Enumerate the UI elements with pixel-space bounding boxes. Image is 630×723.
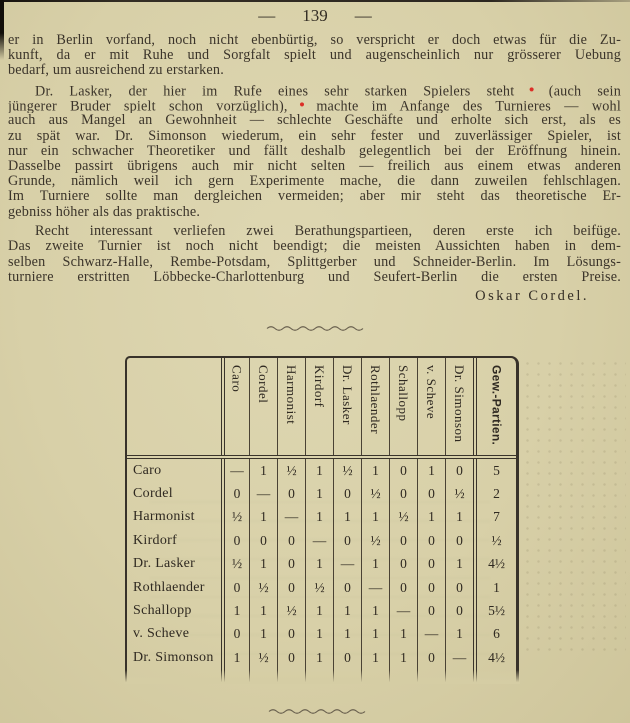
table-row: Kirdorf 000—0½000 ½ (127, 529, 516, 552)
result-cell: 1 (445, 506, 473, 529)
column-header-cell: v. Scheve (417, 358, 445, 455)
result-cell: ½ (361, 529, 389, 552)
score-cell: 5½ (473, 599, 516, 622)
text-line: kunft, da er mit Ruhe und Sorgfalt spiel… (8, 48, 621, 63)
text-line: Grunde, nämlich weil ich gern Experiment… (8, 174, 621, 189)
column-header-cell: Cordel (249, 358, 277, 455)
score-column-label: Gew.-Partien. (491, 365, 503, 445)
paragraph-1: er in Berlin vorfand, noch nicht ebenbür… (8, 33, 621, 79)
crosstable-body: Caro —1½1½1010 5 Cordel 0—010½00½ 2 Harm… (127, 459, 516, 670)
result-cell: ½ (249, 646, 277, 669)
result-cell: 1 (445, 623, 473, 646)
player-name-cell: Schallopp (127, 599, 221, 622)
result-cells: 000—0½000 (221, 529, 473, 552)
line-text: nur ein schwacher Theoretiker und fällt … (8, 144, 621, 159)
table-row: Dr. Simonson 1½010110— 4½ (127, 646, 516, 669)
result-cell: 1 (221, 599, 249, 622)
player-column-label: Harmonist (285, 365, 298, 424)
player-name-cell: Dr. Lasker (127, 553, 221, 576)
page-header: —139— (0, 6, 630, 26)
result-cell: 1 (389, 646, 417, 669)
stub-cell (389, 670, 417, 683)
score-cell: 7 (473, 506, 516, 529)
text-line: Das zweite Turnier ist noch nicht beendi… (8, 239, 621, 254)
stub-cell (361, 670, 389, 683)
text-line: Dasselbe passirt übrigens auch mir nicht… (8, 159, 621, 174)
player-name-cell: Cordel (127, 482, 221, 505)
text-line: nur ein schwacher Theoretiker und fällt … (8, 144, 621, 159)
player-name-cell: Rothlaender (127, 576, 221, 599)
player-column-label: Rothlaender (369, 365, 382, 434)
player-column-label: Kirdorf (313, 365, 326, 408)
result-cell: 1 (417, 506, 445, 529)
author-signature: Oskar Cordel. (8, 289, 621, 304)
column-header-cell: Rothlaender (361, 358, 389, 455)
paragraph-2: Dr. Lasker, der hier im Rufe eines sehr … (8, 83, 621, 220)
player-column-label: v. Scheve (425, 365, 438, 419)
score-cell: 4½ (473, 646, 516, 669)
result-cell: ½ (389, 506, 417, 529)
result-cell: ½ (333, 459, 361, 482)
result-cell: 0 (277, 576, 305, 599)
score-cell: 4½ (473, 553, 516, 576)
wavy-divider-icon (266, 319, 364, 337)
result-cell: 1 (249, 599, 277, 622)
result-cell: 0 (389, 529, 417, 552)
result-cell: 0 (333, 576, 361, 599)
result-cell: 0 (277, 646, 305, 669)
result-cell: 1 (361, 553, 389, 576)
text-line: Im Turniere sollte man dergleichen verme… (8, 189, 621, 204)
table-row: Harmonist ½1—111½11 7 (127, 506, 516, 529)
result-cell: ½ (249, 576, 277, 599)
line-text: Dr. Lasker, der hier im Rufe eines sehr … (35, 84, 514, 99)
result-cell: — (305, 529, 333, 552)
result-cell: 1 (333, 506, 361, 529)
stub-cell (417, 670, 445, 683)
result-cell: 0 (221, 482, 249, 505)
result-cells: ½101—1001 (221, 553, 473, 576)
stub-cells (221, 670, 473, 683)
result-cell: ½ (277, 599, 305, 622)
result-cell: 0 (277, 553, 305, 576)
result-cell: ½ (221, 506, 249, 529)
header-dash-left: — (258, 6, 275, 26)
result-cells: 0½0½0—000 (221, 576, 473, 599)
line-text: Dasselbe passirt übrigens auch mir nicht… (8, 159, 621, 174)
article-text: er in Berlin vorfand, noch nicht ebenbür… (8, 33, 621, 304)
result-cell: 1 (361, 506, 389, 529)
player-column-label: Dr. Simonson (453, 365, 466, 443)
result-cell: 1 (417, 459, 445, 482)
result-cell: 0 (277, 529, 305, 552)
text-line: zu spät war. Dr. Simonson wiederum, ein … (8, 129, 621, 144)
player-column-label: Caro (231, 365, 244, 392)
result-cell: 1 (305, 482, 333, 505)
result-cell: 1 (333, 599, 361, 622)
player-name-cell: Harmonist (127, 506, 221, 529)
result-cell: 0 (417, 599, 445, 622)
result-cells: 11½111—00 (221, 599, 473, 622)
result-cell: 0 (277, 482, 305, 505)
column-header-cell: Caro (221, 358, 249, 455)
result-cell: 1 (305, 599, 333, 622)
stub-cell (473, 670, 516, 683)
result-cell: 1 (361, 623, 389, 646)
stub-cell (277, 670, 305, 683)
result-cells: 0101111—1 (221, 623, 473, 646)
line-text: Das zweite Turnier ist noch nicht beendi… (8, 239, 621, 254)
page-number: 139 (302, 6, 328, 26)
text-line: auch aus Mangel an Gewohnheit — schlecht… (8, 113, 621, 128)
stub-cell (445, 670, 473, 683)
line-text: machte im Anfange des Turnieres — wohl (316, 99, 621, 114)
result-cells: —1½1½1010 (221, 459, 473, 482)
result-cell: 0 (333, 482, 361, 505)
player-column-label: Cordel (257, 365, 270, 403)
result-cell: 0 (445, 529, 473, 552)
crosstable-header-row: CaroCordelHarmonistKirdorfDr. LaskerRoth… (127, 358, 516, 459)
result-cell: — (221, 459, 249, 482)
result-cell: 1 (305, 646, 333, 669)
result-cell: 1 (221, 646, 249, 669)
line-text: kunft, da er mit Ruhe und Sorgfalt spiel… (8, 48, 621, 63)
halftone-bleedthrough (522, 358, 626, 658)
table-row: Caro —1½1½1010 5 (127, 459, 516, 482)
result-cell: 1 (389, 623, 417, 646)
result-cell: — (277, 506, 305, 529)
scan-top-edge (0, 0, 630, 2)
result-cell: — (333, 553, 361, 576)
column-header-cell: Dr. Lasker (333, 358, 361, 455)
line-text: jüngerer Bruder spielt schon vorzüglich)… (8, 99, 288, 114)
line-text: bedarf, um ausreichend zu erstarken. (8, 63, 224, 78)
result-cell: 1 (305, 553, 333, 576)
result-cell: 0 (277, 623, 305, 646)
result-cell: 1 (249, 553, 277, 576)
column-header-cell: Harmonist (277, 358, 305, 455)
result-cell: 1 (361, 599, 389, 622)
result-cell: — (445, 646, 473, 669)
column-header-cell: Kirdorf (305, 358, 333, 455)
tournament-crosstable: CaroCordelHarmonistKirdorfDr. LaskerRoth… (125, 356, 519, 683)
result-cells: ½1—111½11 (221, 506, 473, 529)
table-row: Cordel 0—010½00½ 2 (127, 482, 516, 505)
text-line: turniere erstritten Löbbecke-Charlottenb… (8, 270, 621, 285)
result-cell: 0 (389, 576, 417, 599)
result-cell: 1 (361, 646, 389, 669)
column-header-cell: Dr. Simonson (445, 358, 473, 455)
result-cell: — (417, 623, 445, 646)
score-cell: 6 (473, 623, 516, 646)
header-corner-cell (127, 358, 221, 455)
stub-cell (249, 670, 277, 683)
text-line: gebniss höher als das praktische. (8, 205, 621, 220)
line-text: Grunde, nämlich weil ich gern Experiment… (8, 174, 621, 189)
line-text: Im Turniere sollte man dergleichen verme… (8, 189, 621, 204)
result-cell: 0 (221, 576, 249, 599)
result-cell: 0 (417, 482, 445, 505)
result-cell: 0 (445, 599, 473, 622)
line-text: Recht interessant verliefen zwei Berathu… (35, 224, 621, 239)
result-cell: 0 (417, 646, 445, 669)
result-cell: 1 (361, 459, 389, 482)
line-text: zu spät war. Dr. Simonson wiederum, ein … (8, 129, 621, 144)
text-line: Dr. Lasker, der hier im Rufe eines sehr … (8, 83, 621, 98)
player-name-cell: v. Scheve (127, 623, 221, 646)
table-row: Rothlaender 0½0½0—000 1 (127, 576, 516, 599)
text-line: selben Schwarz-Halle, Rembe-Potsdam, Spl… (8, 255, 621, 270)
result-cell: 0 (417, 553, 445, 576)
result-cell: 0 (249, 529, 277, 552)
stub-cell (127, 670, 221, 683)
score-cell: 2 (473, 482, 516, 505)
red-dot-annotation-icon: ● (290, 100, 315, 110)
player-name-cell: Kirdorf (127, 529, 221, 552)
column-header-cell: Schallopp (389, 358, 417, 455)
paragraph-3: Recht interessant verliefen zwei Berathu… (8, 224, 621, 285)
result-cell: 0 (417, 529, 445, 552)
result-cell: 1 (333, 623, 361, 646)
text-line: er in Berlin vorfand, noch nicht ebenbür… (8, 33, 621, 48)
header-dash-right: — (355, 6, 372, 26)
table-bottom-fade (127, 670, 516, 683)
result-cell: ½ (445, 482, 473, 505)
line-text: selben Schwarz-Halle, Rembe-Potsdam, Spl… (8, 255, 621, 270)
score-cell: 5 (473, 459, 516, 482)
result-cells: 0—010½00½ (221, 482, 473, 505)
result-cell: — (389, 599, 417, 622)
result-cell: ½ (277, 459, 305, 482)
line-text: er in Berlin vorfand, noch nicht ebenbür… (8, 33, 621, 48)
result-cell: 0 (333, 529, 361, 552)
line-text: auch aus Mangel an Gewohnheit — schlecht… (8, 113, 621, 128)
player-column-label: Dr. Lasker (341, 365, 354, 425)
score-column-header-cell: Gew.-Partien. (473, 358, 516, 455)
scanned-page: —139— er in Berlin vorfand, noch nicht e… (0, 0, 630, 723)
result-cell: 0 (221, 529, 249, 552)
result-cell: ½ (221, 553, 249, 576)
result-cell: 0 (417, 576, 445, 599)
result-cell: — (249, 482, 277, 505)
column-headers: CaroCordelHarmonistKirdorfDr. LaskerRoth… (221, 358, 473, 455)
player-name-cell: Caro (127, 459, 221, 482)
red-dot-annotation-icon: ● (516, 85, 546, 95)
table-row: Dr. Lasker ½101—1001 4½ (127, 553, 516, 576)
result-cell: 0 (389, 459, 417, 482)
table-row: Schallopp 11½111—00 5½ (127, 599, 516, 622)
result-cell: ½ (361, 482, 389, 505)
result-cell: 1 (249, 506, 277, 529)
result-cell: 1 (445, 553, 473, 576)
result-cell: 0 (221, 623, 249, 646)
stub-cell (221, 670, 249, 683)
result-cell: 0 (333, 646, 361, 669)
result-cell: 1 (305, 506, 333, 529)
result-cells: 1½010110— (221, 646, 473, 669)
result-cell: 1 (305, 623, 333, 646)
result-cell: 1 (249, 459, 277, 482)
player-column-label: Schallopp (397, 365, 410, 422)
line-text: (auch sein (549, 84, 621, 99)
text-line: Recht interessant verliefen zwei Berathu… (8, 224, 621, 239)
result-cell: 0 (445, 459, 473, 482)
stub-cell (333, 670, 361, 683)
table-row: v. Scheve 0101111—1 6 (127, 623, 516, 646)
text-line: jüngerer Bruder spielt schon vorzüglich)… (8, 98, 621, 113)
score-cell: 1 (473, 576, 516, 599)
result-cell: 0 (389, 482, 417, 505)
stub-cell (305, 670, 333, 683)
line-text: turniere erstritten Löbbecke-Charlottenb… (8, 270, 621, 285)
player-name-cell: Dr. Simonson (127, 646, 221, 669)
score-cell: ½ (473, 529, 516, 552)
wavy-divider-icon (268, 702, 366, 720)
text-line: bedarf, um ausreichend zu erstarken. (8, 63, 621, 78)
result-cell: 0 (389, 553, 417, 576)
result-cell: 0 (445, 576, 473, 599)
result-cell: 1 (249, 623, 277, 646)
result-cell: ½ (305, 576, 333, 599)
line-text: gebniss höher als das praktische. (8, 205, 200, 220)
result-cell: — (361, 576, 389, 599)
result-cell: 1 (305, 459, 333, 482)
